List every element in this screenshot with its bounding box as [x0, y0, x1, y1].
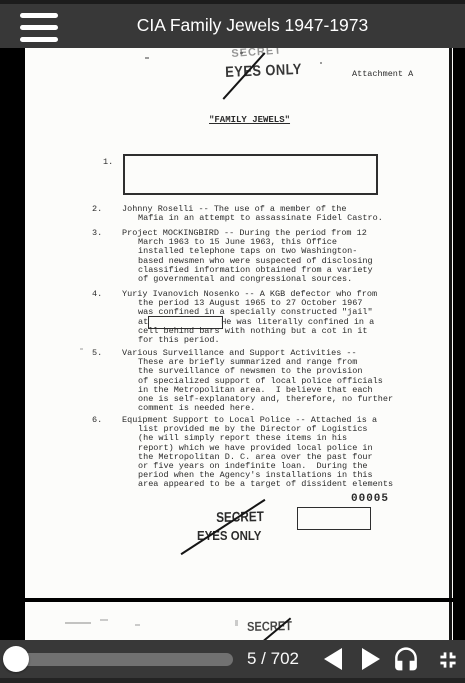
scan-speck: [320, 62, 322, 64]
app-header: CIA Family Jewels 1947-1973: [0, 4, 465, 48]
scan-edge-line: [449, 48, 452, 598]
resize-button[interactable]: [434, 647, 461, 674]
next-page-button[interactable]: [362, 648, 382, 670]
hamburger-icon: [20, 37, 58, 42]
page-indicator: 5 / 702: [241, 648, 305, 670]
document-line: area appeared to be a target of dissiden…: [138, 480, 393, 489]
redaction-box: [123, 154, 378, 195]
menu-button[interactable]: [16, 8, 64, 46]
slider-track[interactable]: [10, 653, 233, 666]
attachment-label: Attachment A: [352, 70, 413, 79]
scan-speck: [100, 619, 108, 621]
headphones-icon: [390, 645, 422, 674]
eyes-only-stamp-top: EYES ONLY: [225, 61, 302, 81]
scan-speck: [235, 620, 238, 626]
hamburger-icon: [20, 13, 58, 18]
audio-button[interactable]: [389, 645, 423, 675]
stamp-cross-line: [181, 499, 266, 555]
bottom-nav-strip: [0, 678, 465, 683]
redaction-box: [297, 507, 371, 530]
scan-speck: [65, 622, 91, 624]
next-page-icon: [362, 648, 380, 670]
list-item-number: 6.: [92, 416, 102, 425]
scan-speck: [145, 57, 149, 59]
document-page[interactable]: SECRET EYES ONLY Attachment A "FAMILY JE…: [25, 48, 453, 598]
list-item-number: 4.: [92, 290, 102, 299]
book-title: CIA Family Jewels 1947-1973: [137, 4, 369, 48]
document-title: "FAMILY JEWELS": [209, 116, 290, 125]
scan-speck: [135, 624, 140, 626]
fullscreen-exit-icon: [435, 647, 461, 673]
document-line: Mafia in an attempt to assassinate Fidel…: [138, 214, 383, 223]
list-item-number: 3.: [92, 229, 102, 238]
page-number-stamp: 00005: [351, 495, 389, 504]
document-line: for this period.: [138, 336, 220, 345]
scan-speck: [80, 348, 83, 350]
document-line: of governmental and congressional source…: [138, 275, 352, 284]
reader-app: SECRET EYES ONLY Attachment A "FAMILY JE…: [0, 0, 465, 683]
document-line: comment is needed here.: [138, 404, 255, 413]
list-item-number: 5.: [92, 349, 102, 358]
list-item-number: 1.: [103, 158, 113, 167]
slider-thumb[interactable]: [3, 646, 29, 672]
page-progress-slider[interactable]: [0, 640, 240, 678]
scan-speck: [240, 52, 243, 54]
prev-page-icon: [324, 648, 342, 670]
hamburger-icon: [20, 25, 58, 30]
list-item-number: 2.: [92, 205, 102, 214]
reader-footer: 5 / 702: [0, 640, 465, 678]
previous-page-button[interactable]: [324, 648, 344, 670]
